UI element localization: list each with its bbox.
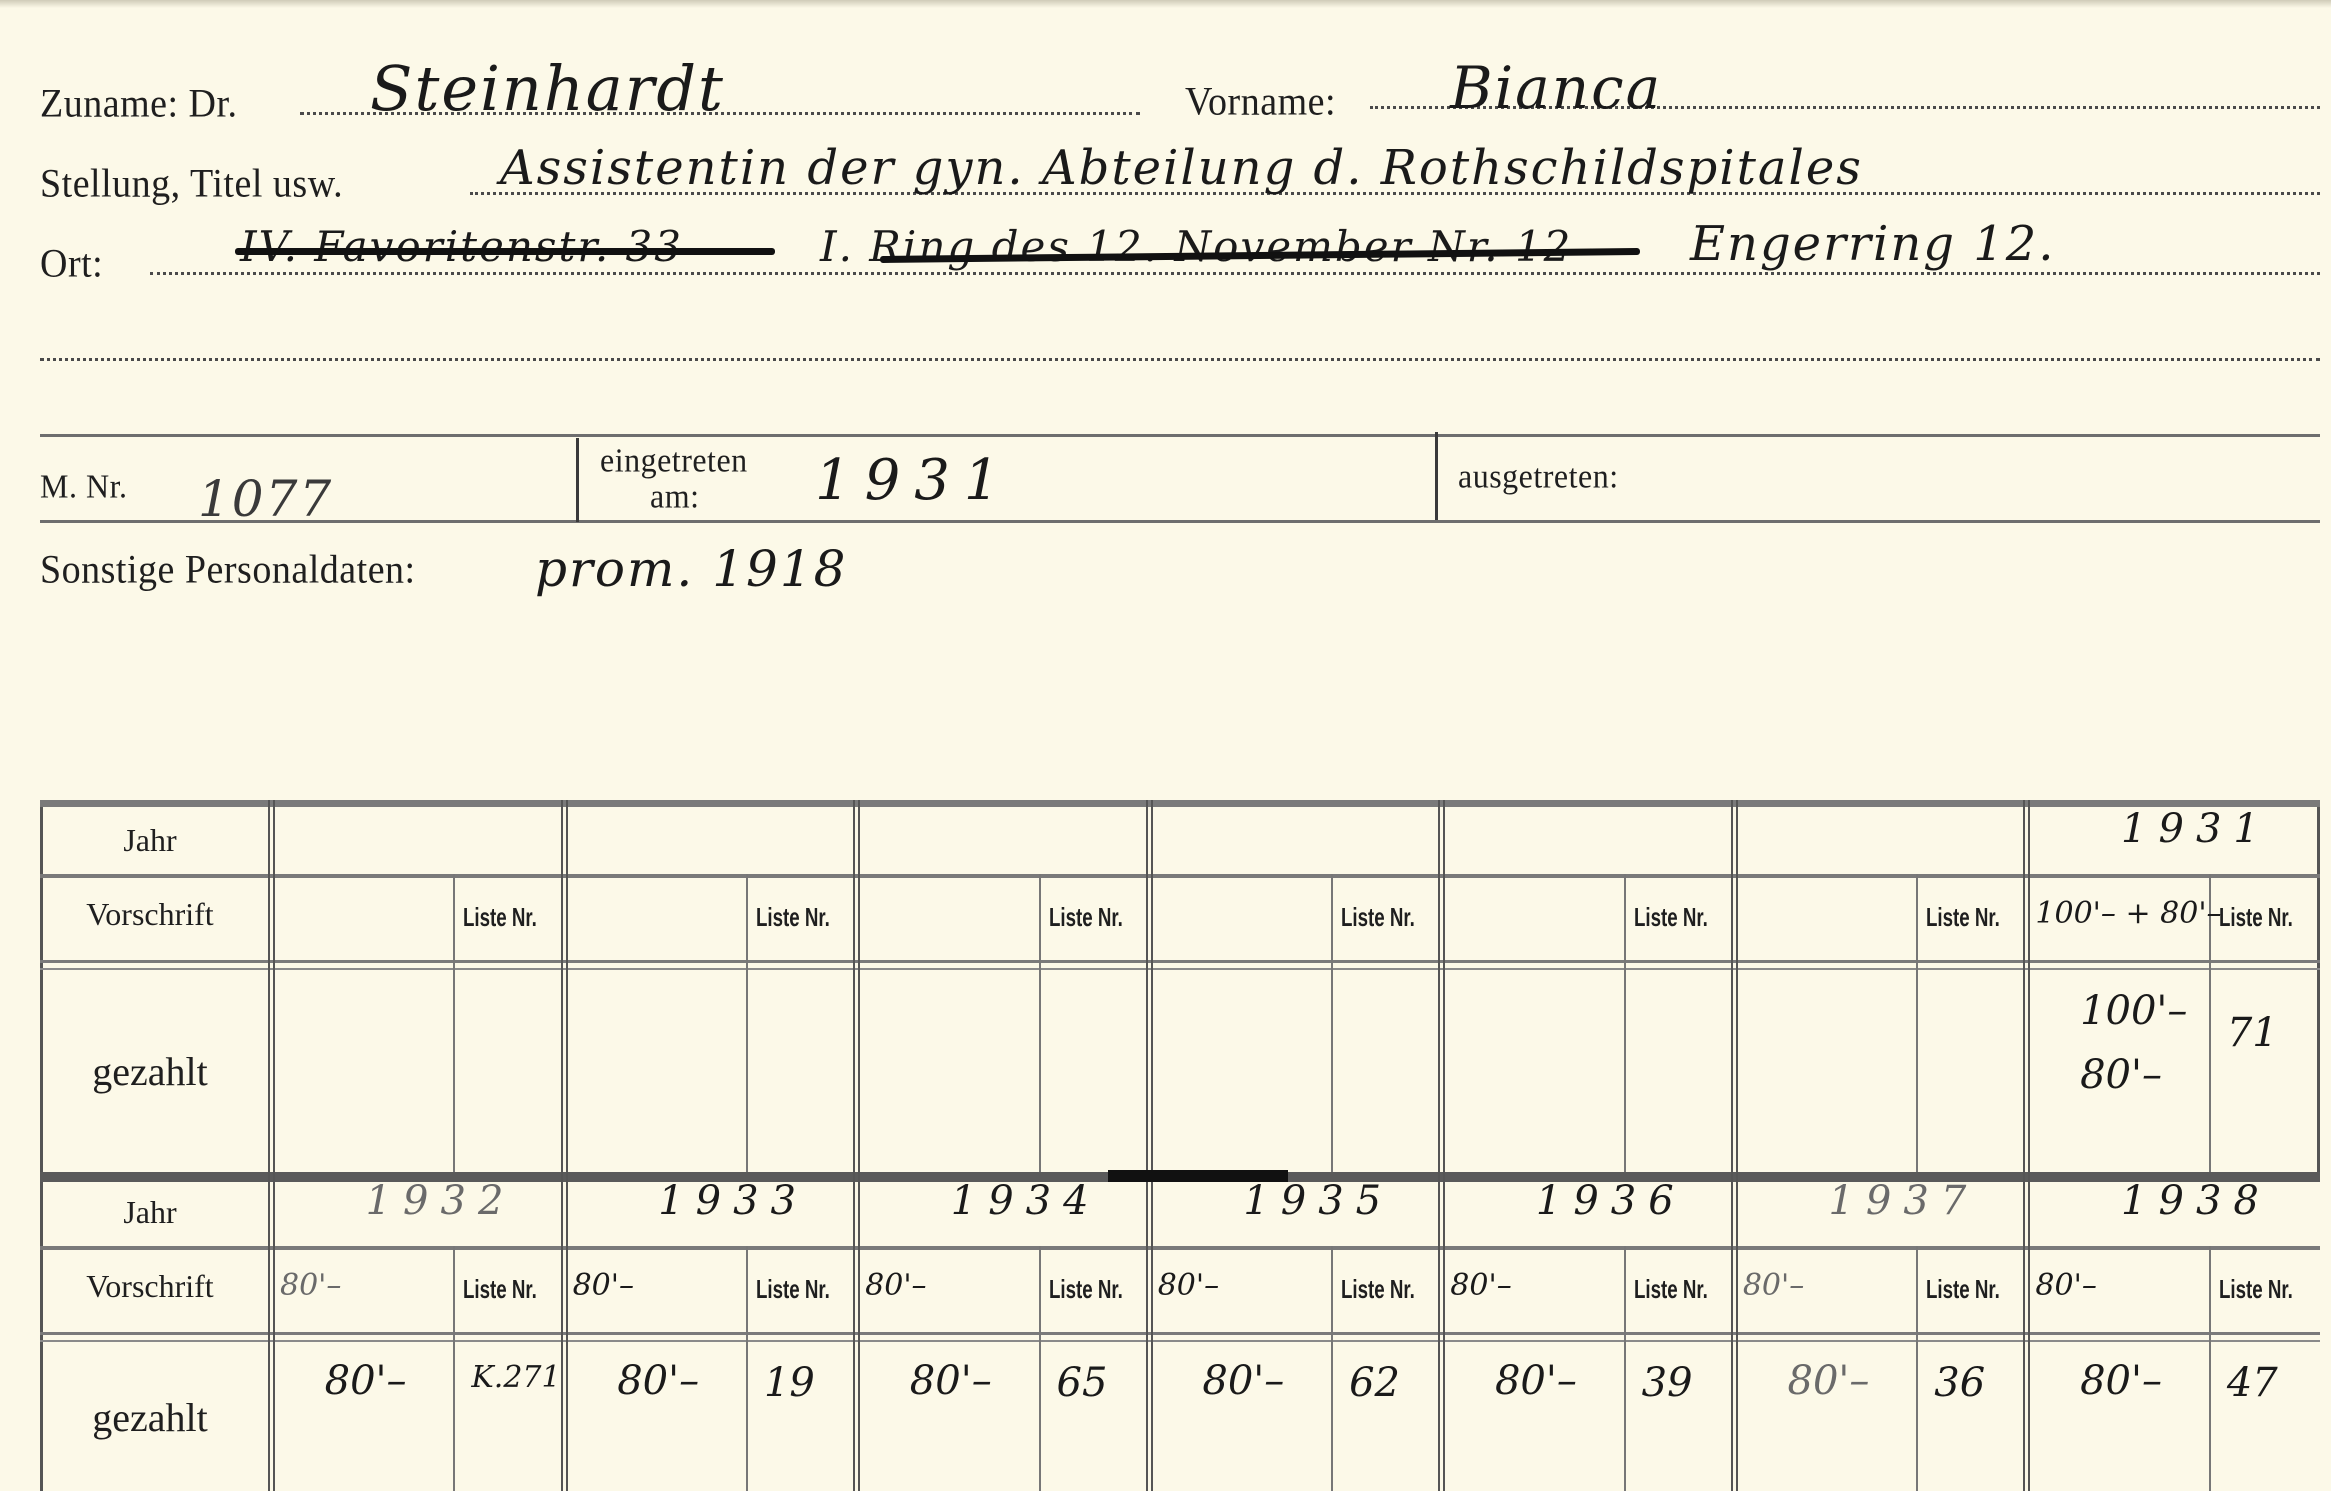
liste-nr-label: Liste Nr. — [756, 902, 830, 933]
liste-value: 65 — [1057, 1360, 1108, 1406]
column-divider — [561, 800, 563, 1172]
liste-subcolumn-divider — [1916, 874, 1918, 1172]
column-divider — [1146, 1172, 1148, 1491]
record-divider-1 — [576, 438, 579, 522]
column-divider — [1443, 800, 1445, 1172]
table-upper-vorschrift-rule-2 — [40, 968, 2320, 970]
liste-nr-label: Liste Nr. — [463, 902, 537, 933]
ort-line — [150, 272, 2320, 275]
strikethrough-1 — [235, 248, 775, 255]
column-divider — [273, 800, 275, 1172]
eingetreten-am-label: am: — [650, 477, 699, 516]
gezahlt-value: 100'– — [2080, 988, 2187, 1034]
year-value: 1931 — [2121, 806, 2271, 852]
gezahlt-value: 80'– — [910, 1358, 992, 1404]
year-value: 1935 — [1243, 1178, 1393, 1224]
column-divider — [566, 1172, 568, 1491]
vorschrift-value: 100'– + 80'– — [2035, 896, 2221, 931]
liste-nr-label: Liste Nr. — [1926, 1274, 2000, 1305]
gezahlt-value: 80'– — [2080, 1358, 2162, 1404]
vorschrift-value: 80'– — [1450, 1268, 1511, 1303]
row-label-jahr: Jahr — [40, 822, 260, 859]
zuname-label: Zuname: Dr. — [40, 81, 238, 127]
liste-value: 19 — [764, 1360, 815, 1406]
ort-struck-address-2: I. Ring des 12. November Nr. 12 — [820, 222, 1572, 271]
year-value: 1932 — [366, 1178, 516, 1224]
liste-nr-label: Liste Nr. — [1634, 1274, 1708, 1305]
column-divider — [1146, 800, 1148, 1172]
ort-value: Engerring 12. — [1690, 216, 2056, 272]
year-value: 1934 — [951, 1178, 1101, 1224]
column-divider — [1438, 1172, 1440, 1491]
column-divider — [1151, 800, 1153, 1172]
row-label-vorschrift: Vorschrift — [40, 1268, 260, 1305]
liste-subcolumn-divider — [453, 874, 455, 1172]
gezahlt-value: 80'– — [1495, 1358, 1577, 1404]
liste-nr-label: Liste Nr. — [2219, 1274, 2293, 1305]
liste-nr-label: Liste Nr. — [1926, 902, 2000, 933]
liste-subcolumn-divider — [1039, 1246, 1041, 1491]
column-divider — [1731, 800, 1733, 1172]
liste-subcolumn-divider — [1624, 1246, 1626, 1491]
year-value: 1937 — [1828, 1178, 1978, 1224]
record-bottom-rule — [40, 520, 2320, 523]
vorname-label: Vorname: — [1185, 79, 1336, 125]
mnr-label: M. Nr. — [40, 467, 127, 506]
sonstige-value: prom. 1918 — [535, 540, 847, 598]
liste-subcolumn-divider — [2209, 1246, 2211, 1491]
year-value: 1938 — [2121, 1178, 2271, 1224]
liste-value: 47 — [2227, 1360, 2278, 1406]
divider-ink-mark — [1108, 1170, 1288, 1182]
row-label-vorschrift: Vorschrift — [40, 896, 260, 933]
column-divider — [858, 1172, 860, 1491]
year-value: 1933 — [658, 1178, 808, 1224]
stellung-value: Assistentin der gyn. Abteilung d. Rothsc… — [500, 140, 1863, 196]
stellung-label: Stellung, Titel usw. — [40, 161, 343, 207]
liste-nr-label: Liste Nr. — [463, 1274, 537, 1305]
table-upper-vorschrift-rule — [40, 960, 2320, 963]
record-top-rule — [40, 434, 2320, 437]
year-value: 1936 — [1536, 1178, 1686, 1224]
column-divider — [2028, 800, 2030, 1172]
liste-value: 36 — [1934, 1360, 1985, 1406]
liste-subcolumn-divider — [1624, 874, 1626, 1172]
liste-subcolumn-divider — [1916, 1246, 1918, 1491]
gezahlt-value: 80'– — [325, 1358, 407, 1404]
column-divider — [1736, 800, 1738, 1172]
liste-nr-label: Liste Nr. — [1341, 1274, 1415, 1305]
column-divider — [2028, 1172, 2030, 1491]
liste-subcolumn-divider — [746, 1246, 748, 1491]
vorschrift-value: 80'– — [1158, 1268, 1219, 1303]
liste-subcolumn-divider — [1039, 874, 1041, 1172]
index-card: Zuname: Dr. Steinhardt Vorname: Bianca S… — [0, 0, 2331, 1491]
column-divider — [853, 1172, 855, 1491]
zuname-value: Steinhardt — [370, 52, 725, 125]
eingetreten-value: 1931 — [815, 448, 1014, 513]
ort-label: Ort: — [40, 241, 103, 287]
table-right-border — [2317, 800, 2320, 1172]
column-divider — [1736, 1172, 1738, 1491]
vorschrift-value: 80'– — [865, 1268, 926, 1303]
liste-subcolumn-divider — [1331, 874, 1333, 1172]
column-divider — [273, 1172, 275, 1491]
liste-subcolumn-divider — [1331, 1246, 1333, 1491]
column-divider — [853, 800, 855, 1172]
row-label-jahr: Jahr — [40, 1194, 260, 1231]
blank-line — [40, 358, 2320, 361]
gezahlt-value: 80'– — [617, 1358, 699, 1404]
liste-value: K.271 — [471, 1360, 560, 1395]
column-divider — [1438, 800, 1440, 1172]
ort-struck-address-1: IV. Favoritenstr. 33 — [240, 222, 683, 271]
liste-nr-label: Liste Nr. — [1049, 1274, 1123, 1305]
scan-edge-shadow — [0, 0, 2331, 8]
column-divider — [858, 800, 860, 1172]
row-label-gezahlt: gezahlt — [40, 1394, 260, 1441]
sonstige-label: Sonstige Personaldaten: — [40, 547, 416, 593]
table-upper-jahr-rule — [40, 874, 2320, 878]
column-divider — [1151, 1172, 1153, 1491]
row-label-gezahlt: gezahlt — [40, 1048, 260, 1095]
dues-table: JahrVorschriftgezahltListe Nr.Liste Nr.L… — [40, 800, 2320, 1491]
liste-subcolumn-divider — [453, 1246, 455, 1491]
column-divider — [268, 800, 270, 1172]
vorschrift-value: 80'– — [1743, 1268, 1804, 1303]
gezahlt-value: 80'– — [1788, 1358, 1870, 1404]
vorname-value: Bianca — [1450, 54, 1662, 122]
vorschrift-value: 80'– — [573, 1268, 634, 1303]
liste-value: 39 — [1642, 1360, 1693, 1406]
mnr-value: 1077 — [198, 470, 333, 528]
liste-nr-label: Liste Nr. — [1341, 902, 1415, 933]
table-lower-vorschrift-rule-2 — [40, 1340, 2320, 1342]
liste-nr-label: Liste Nr. — [756, 1274, 830, 1305]
vorschrift-value: 80'– — [280, 1268, 341, 1303]
column-divider — [1731, 1172, 1733, 1491]
table-lower-vorschrift-rule — [40, 1332, 2320, 1335]
gezahlt-value-2: 80'– — [2080, 1052, 2162, 1098]
column-divider — [1443, 1172, 1445, 1491]
liste-value: 62 — [1349, 1360, 1400, 1406]
table-upper-top-rule — [40, 800, 2320, 807]
eingetreten-label: eingetreten — [600, 441, 748, 480]
gezahlt-value: 80'– — [1202, 1358, 1284, 1404]
column-divider — [268, 1172, 270, 1491]
column-divider — [566, 800, 568, 1172]
liste-nr-label: Liste Nr. — [1634, 902, 1708, 933]
liste-subcolumn-divider — [746, 874, 748, 1172]
column-divider — [561, 1172, 563, 1491]
liste-nr-label: Liste Nr. — [1049, 902, 1123, 933]
column-divider — [2023, 800, 2025, 1172]
liste-value: 71 — [2227, 1010, 2278, 1056]
liste-nr-label: Liste Nr. — [2219, 902, 2293, 933]
table-lower-jahr-rule — [40, 1246, 2320, 1250]
record-divider-2 — [1435, 432, 1438, 520]
vorschrift-value: 80'– — [2035, 1268, 2096, 1303]
column-divider — [2023, 1172, 2025, 1491]
ausgetreten-label: ausgetreten: — [1458, 457, 1619, 496]
